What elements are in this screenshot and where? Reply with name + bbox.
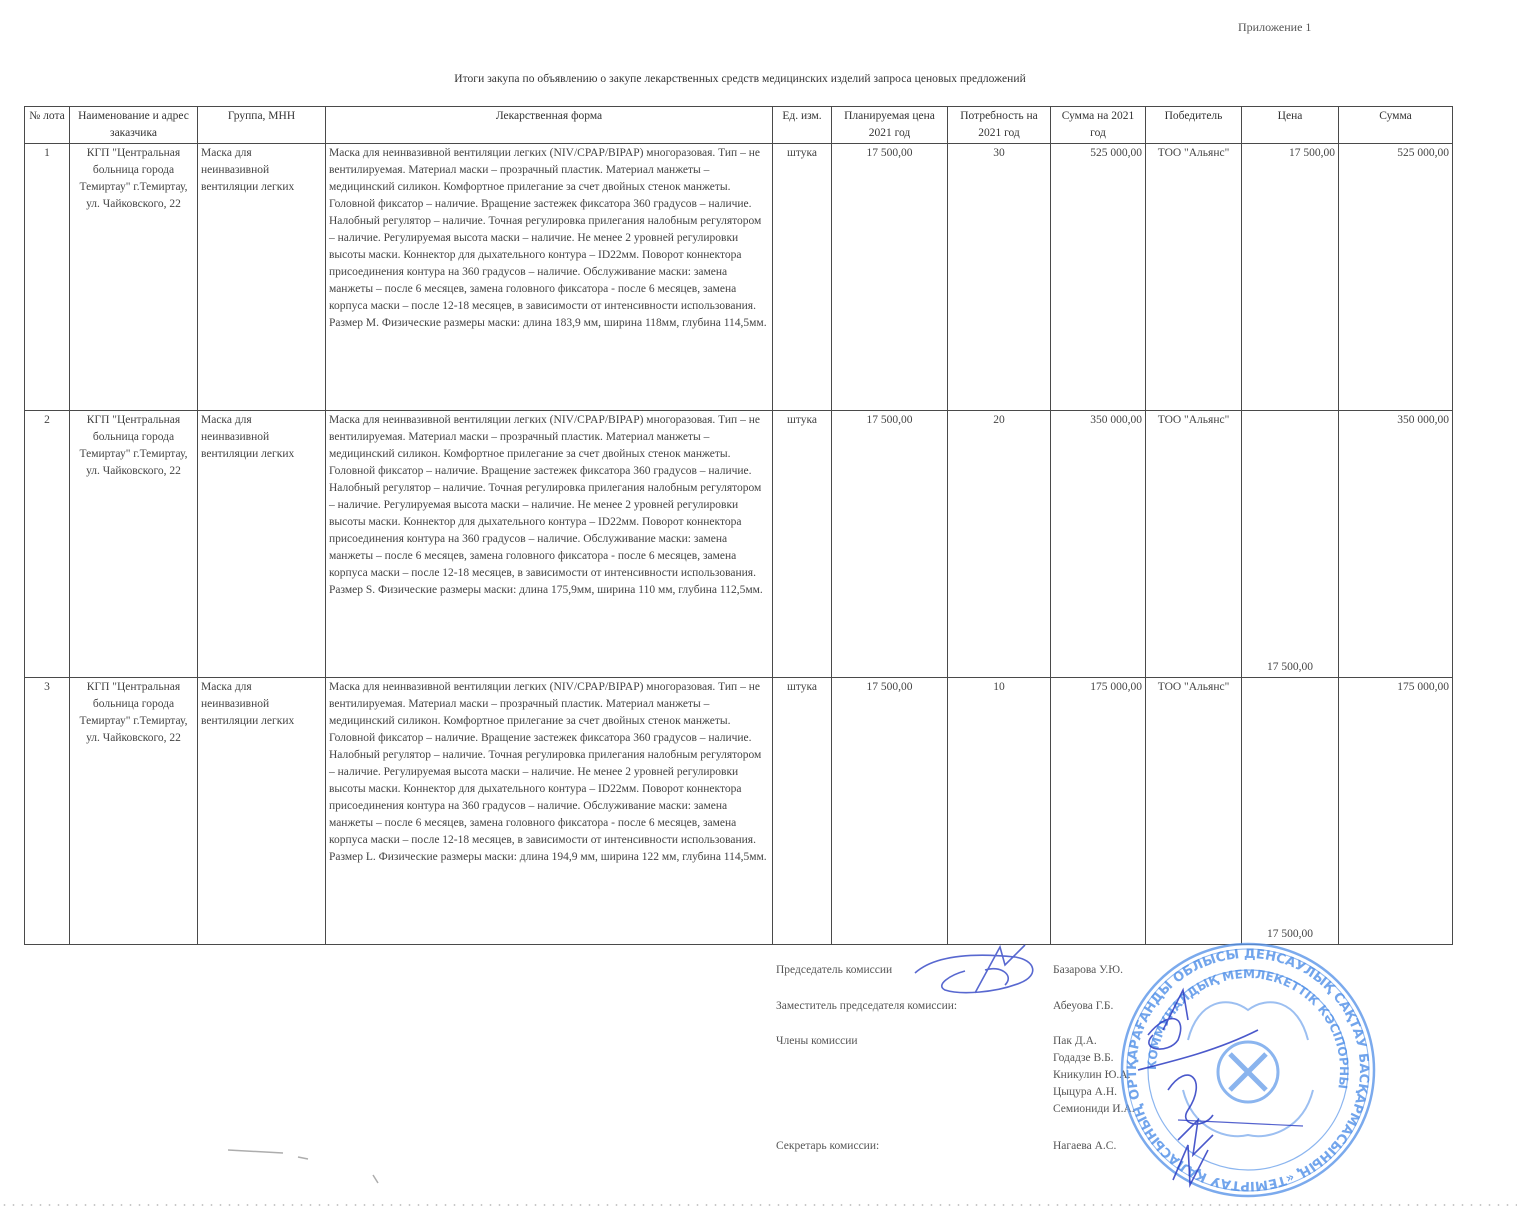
header-winner: Победитель — [1146, 107, 1242, 144]
sum-cell: 175 000,00 — [1339, 678, 1453, 945]
dosage-form-cell: Маска для неинвазивной вентиляции легких… — [326, 144, 773, 411]
customer-cell: КГП "Центральная больница города Темирта… — [70, 678, 198, 945]
header-quantity: Потребность на 2021 год — [948, 107, 1051, 144]
header-group: Группа, МНН — [198, 107, 326, 144]
planned-sum-cell: 525 000,00 — [1051, 144, 1146, 411]
header-price: Цена — [1242, 107, 1339, 144]
price-value-bottom: 17 500,00 — [1242, 659, 1338, 676]
quantity-cell: 30 — [948, 144, 1051, 411]
header-planned-sum: Сумма на 2021 год — [1051, 107, 1146, 144]
planned-price-cell: 17 500,00 — [832, 144, 948, 411]
chairman-name: Базарова У.Ю. — [1053, 964, 1123, 976]
sum-cell: 525 000,00 — [1339, 144, 1453, 411]
official-stamp-icon: ҚАРАҒАНДЫ ОБЛЫСЫ ДЕНСАУЛЫҚ САҚТАУ БАСҚАР… — [1118, 940, 1378, 1202]
member-name: Цыцура А.Н. — [1053, 1086, 1117, 1098]
unit-cell: штука — [773, 411, 832, 678]
planned-sum-cell: 350 000,00 — [1051, 411, 1146, 678]
header-planned-price: Планируемая цена 2021 год — [832, 107, 948, 144]
table-row: 1 КГП "Центральная больница города Темир… — [25, 144, 1453, 411]
dosage-form-cell: Маска для неинвазивной вентиляции легких… — [326, 678, 773, 945]
winner-cell: ТОО "Альянс" — [1146, 678, 1242, 945]
planned-sum-cell: 175 000,00 — [1051, 678, 1146, 945]
deputy-name: Абеуова Г.Б. — [1053, 1000, 1113, 1012]
header-unit: Ед. изм. — [773, 107, 832, 144]
price-cell: 17 500,00 — [1242, 144, 1339, 411]
price-cell: 17 500,00 — [1242, 678, 1339, 945]
scan-artifact-line — [0, 1203, 1517, 1207]
price-value: 17 500,00 — [1245, 145, 1335, 162]
lot-number: 1 — [25, 144, 70, 411]
chairman-label: Председатель комиссии — [776, 964, 892, 976]
lot-number: 2 — [25, 411, 70, 678]
quantity-cell: 10 — [948, 678, 1051, 945]
planned-price-cell: 17 500,00 — [832, 678, 948, 945]
planned-price-cell: 17 500,00 — [832, 411, 948, 678]
appendix-label: Приложение 1 — [1238, 20, 1311, 35]
customer-cell: КГП "Центральная больница города Темирта… — [70, 411, 198, 678]
header-lot-number: № лота — [25, 107, 70, 144]
member-name: Пак Д.А. — [1053, 1035, 1097, 1047]
price-cell: 17 500,00 — [1242, 411, 1339, 678]
quantity-cell: 20 — [948, 411, 1051, 678]
header-sum: Сумма — [1339, 107, 1453, 144]
winner-cell: ТОО "Альянс" — [1146, 411, 1242, 678]
table-header-row: № лота Наименование и адрес заказчика Гр… — [25, 107, 1453, 144]
secretary-label: Секретарь комиссии: — [776, 1140, 879, 1152]
table-row: 2 КГП "Центральная больница города Темир… — [25, 411, 1453, 678]
dosage-form-cell: Маска для неинвазивной вентиляции легких… — [326, 411, 773, 678]
table-row: 3 КГП "Центральная больница города Темир… — [25, 678, 1453, 945]
members-label: Члены комиссии — [776, 1035, 858, 1047]
group-cell: Маска для неинвазивной вентиляции легких — [198, 411, 326, 678]
group-cell: Маска для неинвазивной вентиляции легких — [198, 144, 326, 411]
procurement-results-table: № лота Наименование и адрес заказчика Гр… — [24, 106, 1453, 945]
unit-cell: штука — [773, 678, 832, 945]
chairman-signature-icon — [905, 935, 1045, 1005]
lot-number: 3 — [25, 678, 70, 945]
document-title: Итоги закупа по объявлению о закупе лека… — [0, 73, 1480, 85]
customer-cell: КГП "Центральная больница города Темирта… — [70, 144, 198, 411]
header-customer: Наименование и адрес заказчика — [70, 107, 198, 144]
scan-mark-icon — [228, 1145, 388, 1185]
member-name: Годадзе В.Б. — [1053, 1052, 1114, 1064]
header-dosage-form: Лекарственная форма — [326, 107, 773, 144]
sum-cell: 350 000,00 — [1339, 411, 1453, 678]
unit-cell: штука — [773, 144, 832, 411]
group-cell: Маска для неинвазивной вентиляции легких — [198, 678, 326, 945]
secretary-name: Нагаева А.С. — [1053, 1140, 1116, 1152]
winner-cell: ТОО "Альянс" — [1146, 144, 1242, 411]
